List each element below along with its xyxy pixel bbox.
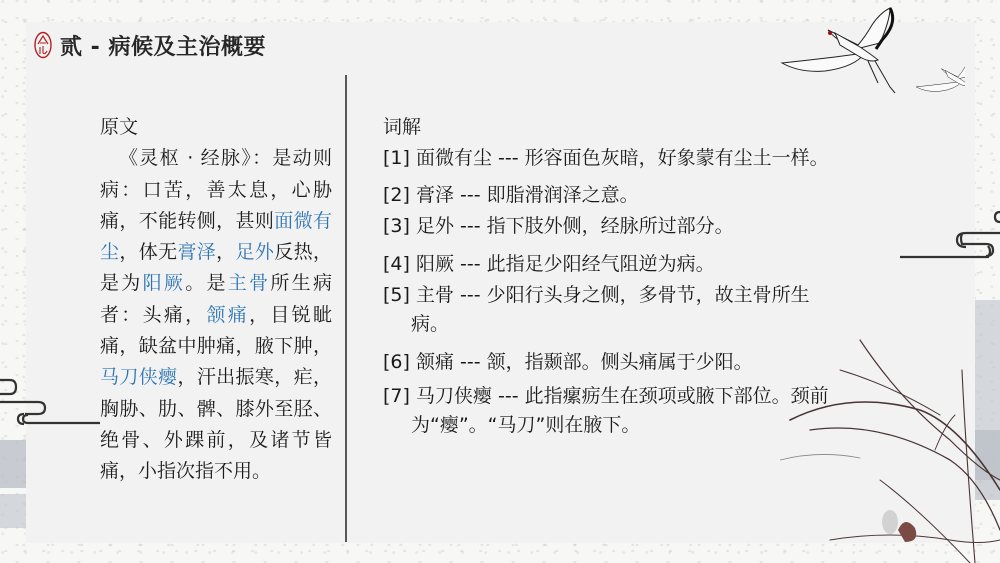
ink-mountain-left-decoration bbox=[0, 440, 26, 540]
term-link-han-tong: 颔痛 bbox=[206, 304, 249, 326]
original-text-body: 《灵枢 · 经脉》：是动则病：口苦，善太息，心胁痛，不能转侧，甚则面微有尘，体无… bbox=[100, 143, 332, 487]
glossary-item-5: [5] 主骨 --- 少阳行头身之侧，多骨节，故主骨所生病。 bbox=[383, 281, 843, 339]
text-segment: 。是 bbox=[185, 272, 228, 294]
text-segment: ， bbox=[216, 241, 235, 263]
glossary-item-3: [3] 足外 --- 指下肢外侧，经脉所过部分。 bbox=[383, 212, 843, 241]
glossary-heading: 词解 bbox=[383, 112, 843, 142]
text-segment: ，体无 bbox=[119, 241, 177, 263]
term-link-ma-dao-xia-ying: 马刀侠瘿 bbox=[100, 366, 177, 388]
glossary-item-1: [1] 面微有尘 --- 形容面色灰暗，好象蒙有尘土一样。 bbox=[383, 144, 843, 173]
ink-mountain-right-decoration bbox=[975, 300, 1000, 530]
term-link-zhu-gu: 主骨 bbox=[228, 272, 271, 294]
term-link-zu-wai: 足外 bbox=[236, 241, 275, 263]
page-title: 贰 - 病候及主治概要 bbox=[60, 30, 266, 61]
original-text-heading: 原文 bbox=[100, 112, 332, 143]
glossary-item-6: [6] 颔痛 --- 颔，指颞部。侧头痛属于少阳。 bbox=[383, 348, 843, 377]
glossary-item-2: [2] 膏泽 --- 即脂滑润泽之意。 bbox=[383, 181, 843, 210]
term-link-gao-ze: 膏泽 bbox=[177, 241, 216, 263]
glossary-item-4: [4] 阳厥 --- 此指足少阳经气阻逆为病。 bbox=[383, 250, 843, 279]
glossary-panel: 词解 [1] 面微有尘 --- 形容面色灰暗，好象蒙有尘土一样。 [2] 膏泽 … bbox=[383, 112, 843, 440]
glossary-item-7: [7] 马刀侠瘿 --- 此指瘰疬生在颈项或腋下部位。颈前为“瘿”。“马刀”则在… bbox=[383, 382, 843, 440]
original-text-panel: 原文 《灵枢 · 经脉》：是动则病：口苦，善太息，心胁痛，不能转侧，甚则面微有尘… bbox=[100, 112, 332, 488]
term-link-yang-jue: 阳厥 bbox=[143, 272, 186, 294]
red-seal-stamp-icon bbox=[34, 31, 52, 59]
slide-header: 贰 - 病候及主治概要 bbox=[34, 27, 266, 63]
column-divider bbox=[345, 75, 347, 542]
